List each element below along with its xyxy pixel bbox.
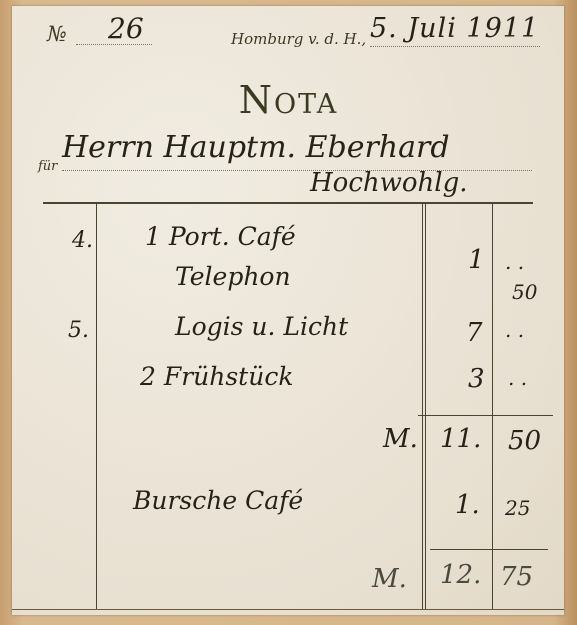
entry-description: Bursche Café [133,486,303,515]
table-top-rule [43,202,533,204]
recipient-honorific: Hochwohlg. [310,168,468,198]
total-rule [430,549,548,550]
entry-pf: 50 [512,280,537,304]
date-dotted-line [370,46,540,47]
total-mark: 12. [440,560,481,590]
mark-column-rule-a [422,204,423,609]
document-title: Nota [0,78,577,122]
subtotal-rule [418,415,553,416]
entry-pf: 25 [505,496,530,520]
subtotal-label: M. [383,424,418,454]
invoice-date: 5. Juli 1911 [370,13,539,44]
recipient-name: Herrn Hauptm. Eberhard [62,130,450,165]
entry-day: 5. [68,318,89,343]
day-column-rule [96,204,97,609]
entry-description: 1 Port. Café [145,222,296,251]
recipient-prefix: für [38,159,57,174]
mark-column-rule-b [425,204,426,609]
invoice-number: 26 [108,12,144,45]
entry-pf: . . [508,366,527,390]
entry-pf: . . [505,250,524,274]
entry-mark: 1 [468,245,485,275]
total-pf: 75 [500,562,533,592]
number-label: № [47,22,67,46]
entry-description: 2 Frühstück [140,362,293,391]
entry-day: 4. [72,228,93,253]
entry-description: Logis u. Licht [175,312,348,341]
subtotal-mark: 11. [440,424,481,454]
subtotal-pf: 50 [508,426,541,456]
table-bottom-rule [12,609,564,610]
entry-mark: 3 [468,364,485,394]
entry-pf: . . [505,318,524,342]
entry-mark: 7 [466,318,483,348]
entry-description: Telephon [175,262,291,291]
place-label: Homburg v. d. H., [231,30,366,48]
entry-mark: 1. [455,490,480,520]
total-label: M. [372,564,407,594]
